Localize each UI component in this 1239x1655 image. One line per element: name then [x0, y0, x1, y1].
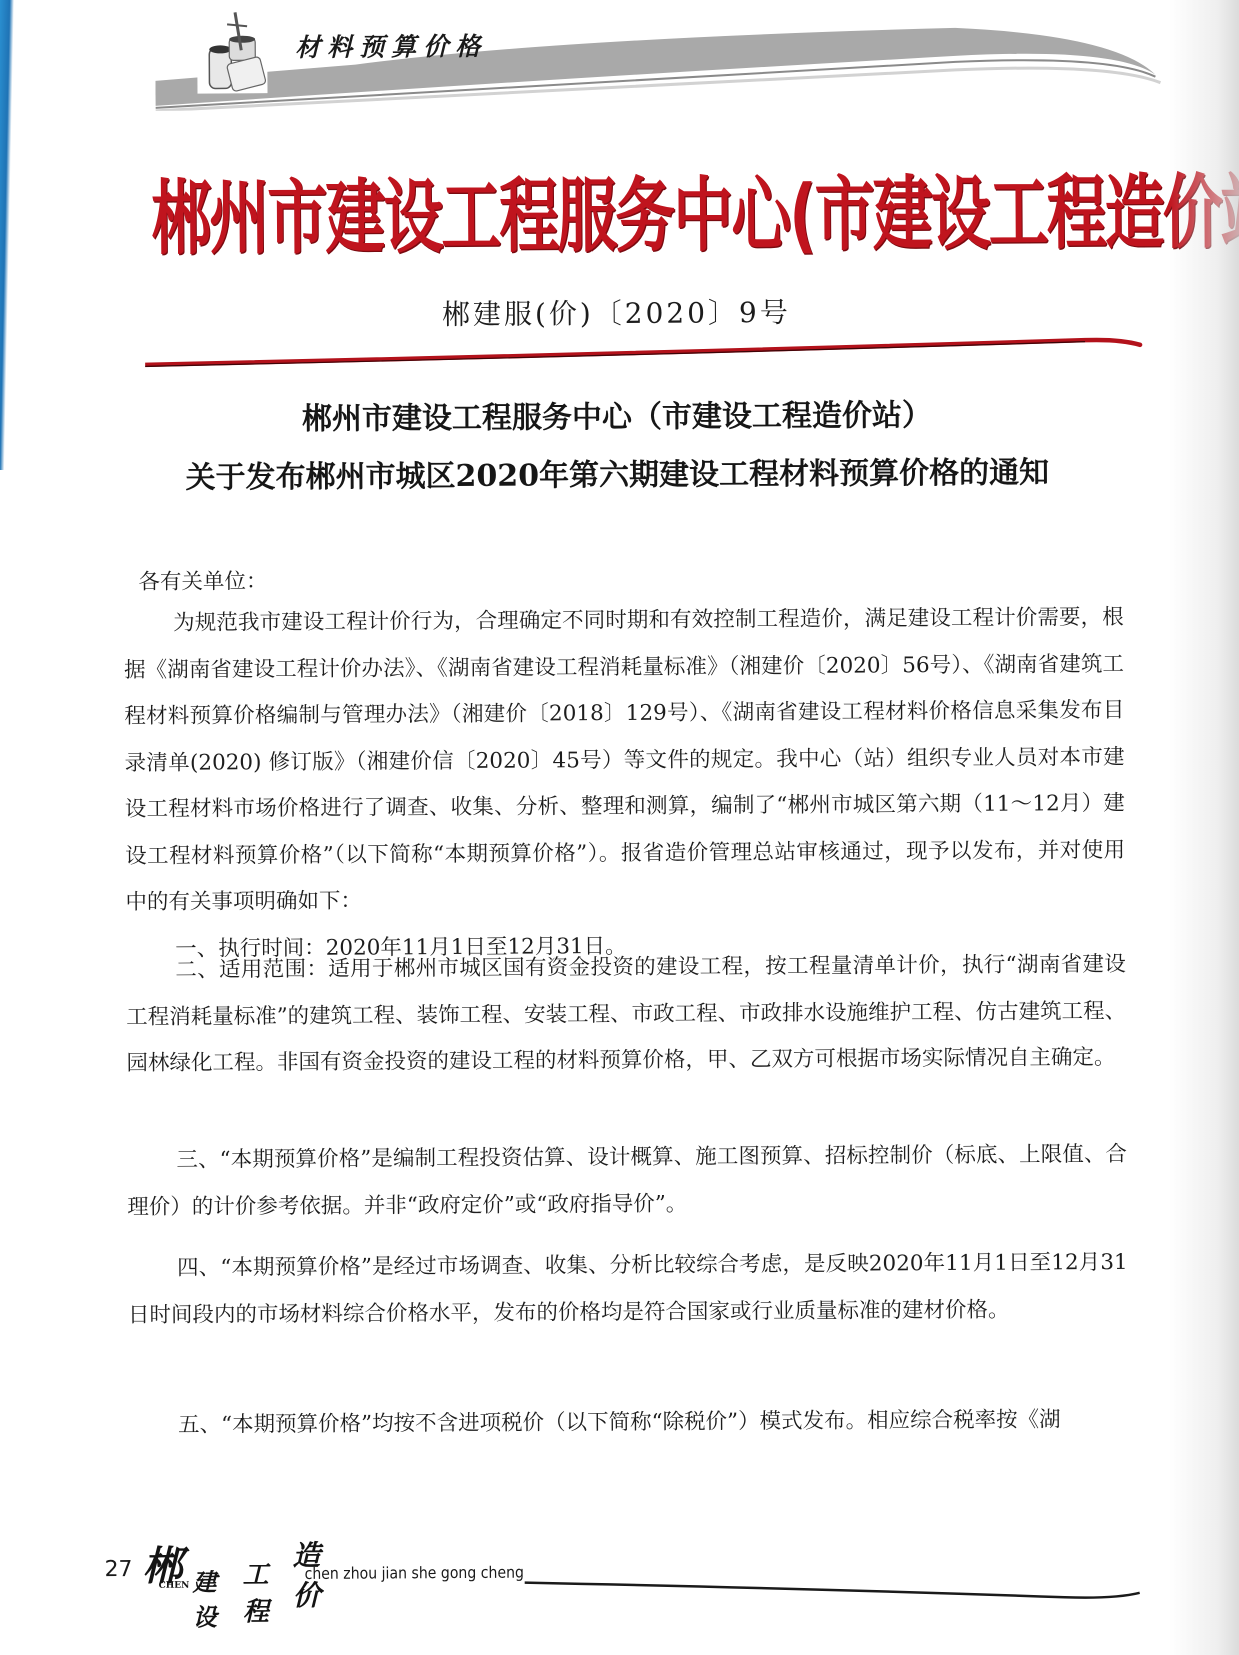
paint-bucket-icon — [195, 10, 276, 95]
body-paragraph-market: 四、“本期预算价格”是经过市场调查、收集、分析比较综合考虑，是反映2020年11… — [128, 1240, 1129, 1339]
logo-jianshe: 建设 — [192, 1562, 216, 1632]
item-applicable-scope: 二、适用范围：适用于郴州市城区国有资金投资的建设工程，按工程量清单计价，执行“湖… — [126, 942, 1127, 1088]
footer-pinyin: chen zhou jian she gong cheng — [304, 1563, 523, 1583]
body-paragraph-intro: 为规范我市建设工程计价行为，合理确定不同时期和有效控制工程造价，满足建设工程计价… — [124, 595, 1126, 973]
paragraph-text: 为规范我市建设工程计价行为，合理确定不同时期和有效控制工程造价，满足建设工程计价… — [124, 595, 1126, 927]
body-paragraph-scope: 二、适用范围：适用于郴州市城区国有资金投资的建设工程，按工程量清单计价，执行“湖… — [126, 942, 1127, 1088]
document-number: 郴建服(价)〔2020〕9号 — [0, 288, 1236, 336]
red-divider-line — [145, 337, 1145, 373]
body-paragraph-tax: 五、“本期预算价格”均按不含进项税价（以下简称“除税价”）模式发布。相应综合税率… — [129, 1397, 1129, 1450]
masthead-title: 郴州市建设工程服务中心(市建设工程造价站)文件 — [151, 149, 1142, 271]
document-page: 材料预算价格 郴州市建设工程服务中心(市建设工程造价站)文件 郴建服(价)〔20… — [0, 0, 1239, 1655]
logo-gongcheng: 工程 — [242, 1554, 268, 1628]
section-title: 材料预算价格 — [295, 27, 487, 64]
item-pricing-reference: 三、“本期预算价格”是编制工程投资估算、设计概算、施工图预算、招标控制价（标底、… — [127, 1132, 1128, 1231]
item-market-level: 四、“本期预算价格”是经过市场调查、收集、分析比较综合考虑，是反映2020年11… — [128, 1240, 1129, 1339]
notice-title-line2: 关于发布郴州市城区2020年第六期建设工程材料预算价格的通知 — [0, 446, 1237, 498]
page-footer: 27 郴 CHEN 建设 工程 造价 chen zhou jian she go… — [104, 1517, 1155, 1623]
page-number: 27 — [104, 1557, 132, 1582]
item-tax-mode: 五、“本期预算价格”均按不含进项税价（以下简称“除税价”）模式发布。相应综合税率… — [129, 1397, 1129, 1450]
salutation: 各有关单位： — [138, 564, 267, 596]
scan-shadow — [1169, 0, 1239, 1655]
body-paragraph-reference: 三、“本期预算价格”是编制工程投资估算、设计概算、施工图预算、招标控制价（标底、… — [127, 1132, 1128, 1231]
notice-title-line1: 郴州市建设工程服务中心（市建设工程造价站） — [0, 388, 1237, 440]
header-banner: 材料预算价格 — [155, 5, 1176, 111]
footer-divider-line — [525, 1577, 1145, 1611]
logo-chen-label: CHEN — [159, 1581, 190, 1591]
